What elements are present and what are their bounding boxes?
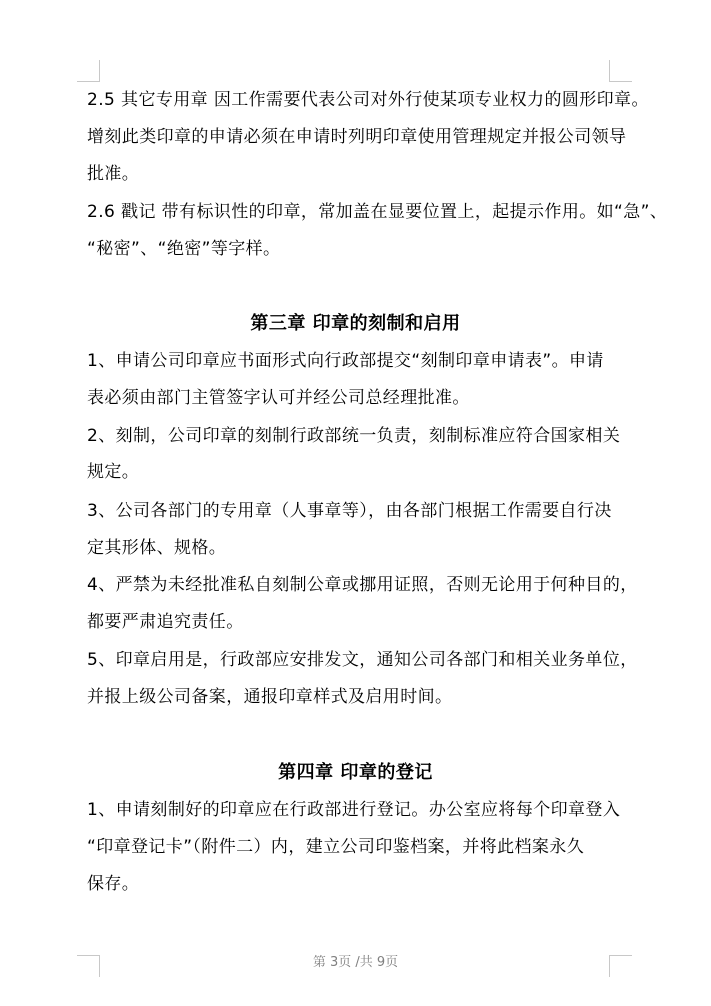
paragraph-line: 2.5 其它专用章 因工作需要代表公司对外行使某项专业权力的圆形印章。 (87, 89, 647, 111)
paragraph-line: 并报上级公司备案，通报印章样式及启用时间。 (87, 686, 647, 708)
document-page: 2.5 其它专用章 因工作需要代表公司对外行使某项专业权力的圆形印章。 增刻此类… (0, 0, 711, 1006)
paragraph-line: 1、申请刻制好的印章应在行政部进行登记。办公室应将每个印章登入 (87, 799, 647, 821)
paragraph-line: 定其形体、规格。 (87, 537, 647, 559)
paragraph-line: 2、刻制，公司印章的刻制行政部统一负责，刻制标准应符合国家相关 (87, 425, 647, 447)
paragraph-line: 表必须由部门主管签字认可并经公司总经理批准。 (87, 387, 647, 409)
paragraph-line: “印章登记卡”（附件二）内，建立公司印鉴档案，并将此档案永久 (87, 836, 647, 858)
margin-corner-mark-top-right (609, 60, 632, 82)
paragraph-line: 3、公司各部门的专用章（人事章等），由各部门根据工作需要自行决 (87, 500, 647, 522)
margin-corner-mark-top-left (77, 60, 100, 82)
paragraph-line: 规定。 (87, 461, 647, 483)
paragraph-line: 2.6 戳记 带有标识性的印章，常加盖在显要位置上，起提示作用。如“急”、 (87, 201, 647, 223)
paragraph-line: “秘密”、“绝密”等字样。 (87, 238, 647, 260)
paragraph-line: 增刻此类印章的申请必须在申请时列明印章使用管理规定并报公司领导 (87, 126, 647, 148)
chapter-heading: 第三章 印章的刻制和启用 (0, 313, 711, 335)
paragraph-line: 批准。 (87, 163, 647, 185)
chapter-heading: 第四章 印章的登记 (0, 762, 711, 784)
paragraph-line: 4、严禁为未经批准私自刻制公章或挪用证照，否则无论用于何种目的， (87, 574, 647, 596)
paragraph-line: 保存。 (87, 873, 647, 895)
paragraph-line: 1、申请公司印章应书面形式向行政部提交“刻制印章申请表”。申请 (87, 350, 647, 372)
page-number-footer: 第 3页 /共 9页 (0, 954, 711, 972)
paragraph-line: 5、印章启用是，行政部应安排发文，通知公司各部门和相关业务单位， (87, 649, 647, 671)
paragraph-line: 都要严肃追究责任。 (87, 611, 647, 633)
